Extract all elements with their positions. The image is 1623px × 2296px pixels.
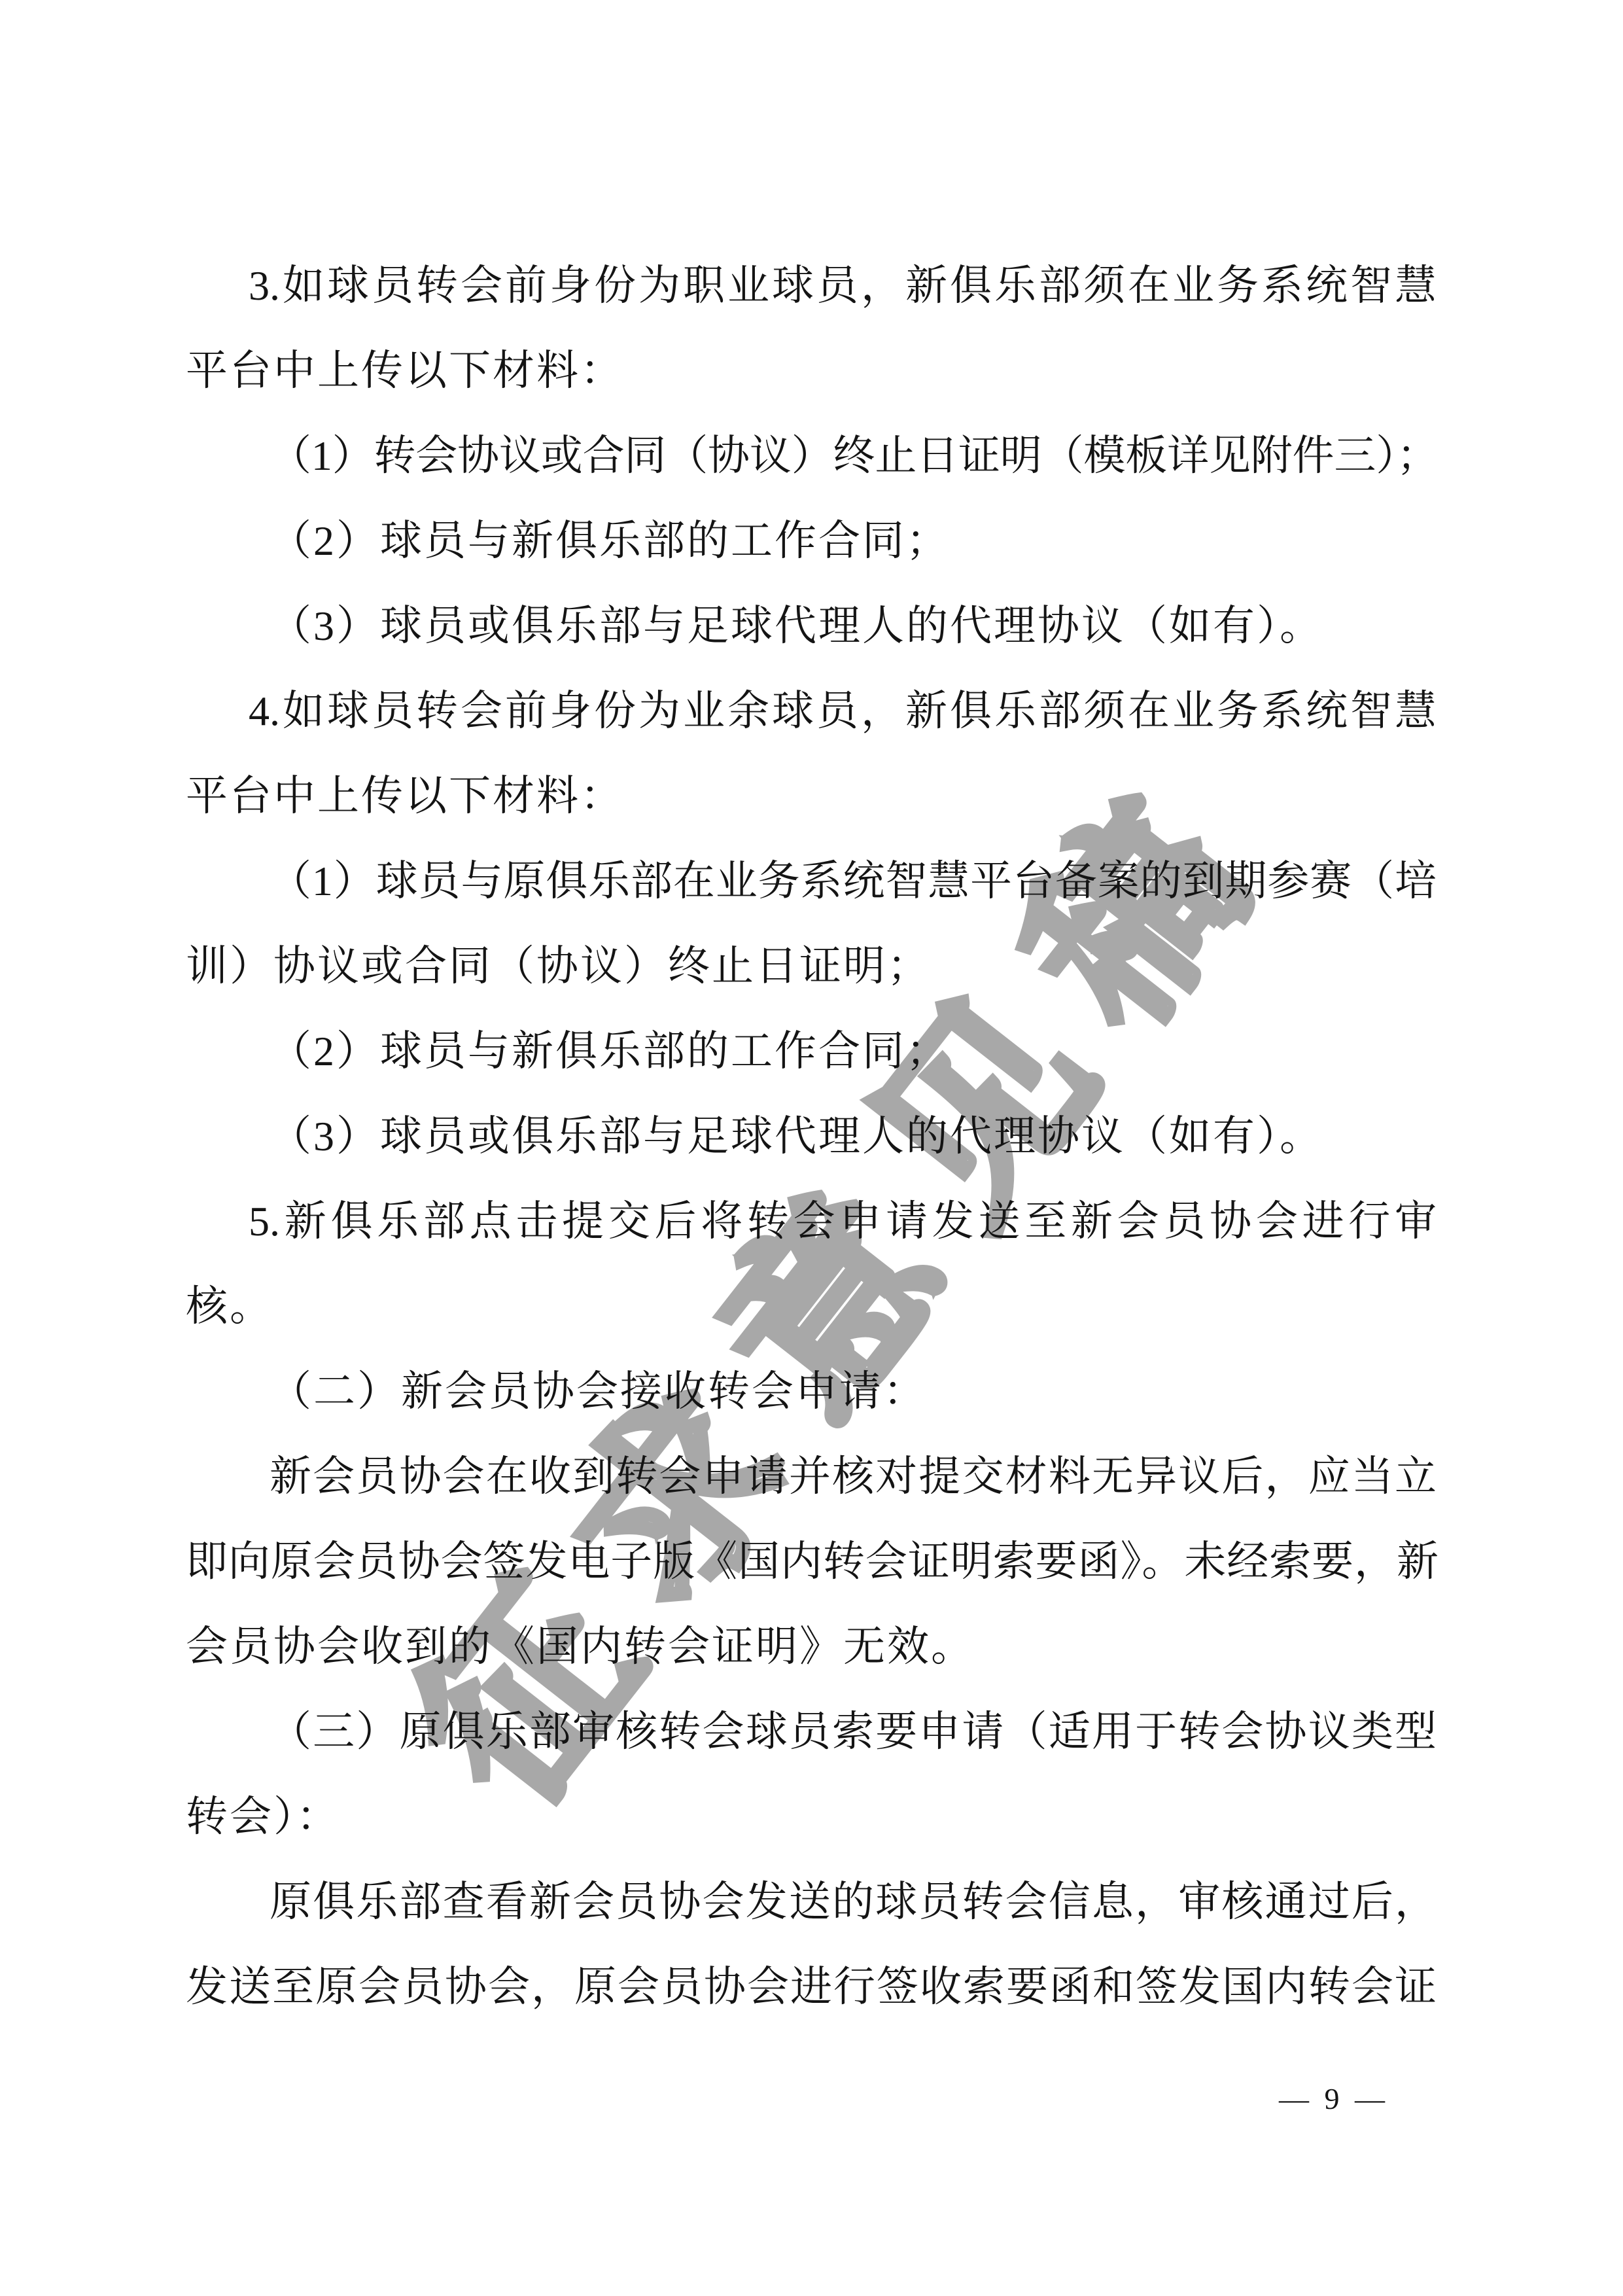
body-text: 3.如球员转会前身份为职业球员，新俱乐部须在业务系统智慧平台中上传以下材料：（1…	[186, 243, 1437, 2030]
text-line: 5.新俱乐部点击提交后将转会申请发送至新会员协会进行审	[186, 1179, 1437, 1264]
text-line: 4.如球员转会前身份为业余球员，新俱乐部须在业务系统智慧	[186, 669, 1437, 754]
text-line: （二）新会员协会接收转会申请：	[186, 1349, 1437, 1434]
text-line: 新会员协会在收到转会申请并核对提交材料无异议后，应当立	[186, 1434, 1437, 1519]
text-line: 原俱乐部查看新会员协会发送的球员转会信息，审核通过后，	[186, 1860, 1437, 1945]
page-number: — 9 —	[1279, 2079, 1389, 2119]
text-line: 平台中上传以下材料：	[186, 754, 1437, 839]
text-line: （1）转会协议或合同（协议）终止日证明（模板详见附件三）；	[186, 414, 1437, 499]
text-line: （1）球员与原俱乐部在业务系统智慧平台备案的到期参赛（培	[186, 839, 1437, 924]
text-line: 平台中上传以下材料：	[186, 328, 1437, 414]
text-line: 会员协会收到的《国内转会证明》无效。	[186, 1604, 1437, 1689]
text-line: 3.如球员转会前身份为职业球员，新俱乐部须在业务系统智慧	[186, 243, 1437, 328]
text-line: （3）球员或俱乐部与足球代理人的代理协议（如有）。	[186, 1094, 1437, 1179]
text-line: （三）原俱乐部审核转会球员索要申请（适用于转会协议类型	[186, 1689, 1437, 1775]
text-line: （2）球员与新俱乐部的工作合同；	[186, 499, 1437, 584]
document-page: 征求意见稿 3.如球员转会前身份为职业球员，新俱乐部须在业务系统智慧平台中上传以…	[0, 0, 1623, 2296]
text-line: 转会）：	[186, 1775, 1437, 1860]
text-line: （3）球员或俱乐部与足球代理人的代理协议（如有）。	[186, 584, 1437, 669]
text-line: （2）球员与新俱乐部的工作合同；	[186, 1009, 1437, 1094]
text-line: 核。	[186, 1264, 1437, 1349]
text-line: 发送至原会员协会，原会员协会进行签收索要函和签发国内转会证	[186, 1945, 1437, 2030]
text-line: 即向原会员协会签发电子版《国内转会证明索要函》。未经索要，新	[186, 1519, 1437, 1604]
text-line: 训）协议或合同（协议）终止日证明；	[186, 924, 1437, 1009]
